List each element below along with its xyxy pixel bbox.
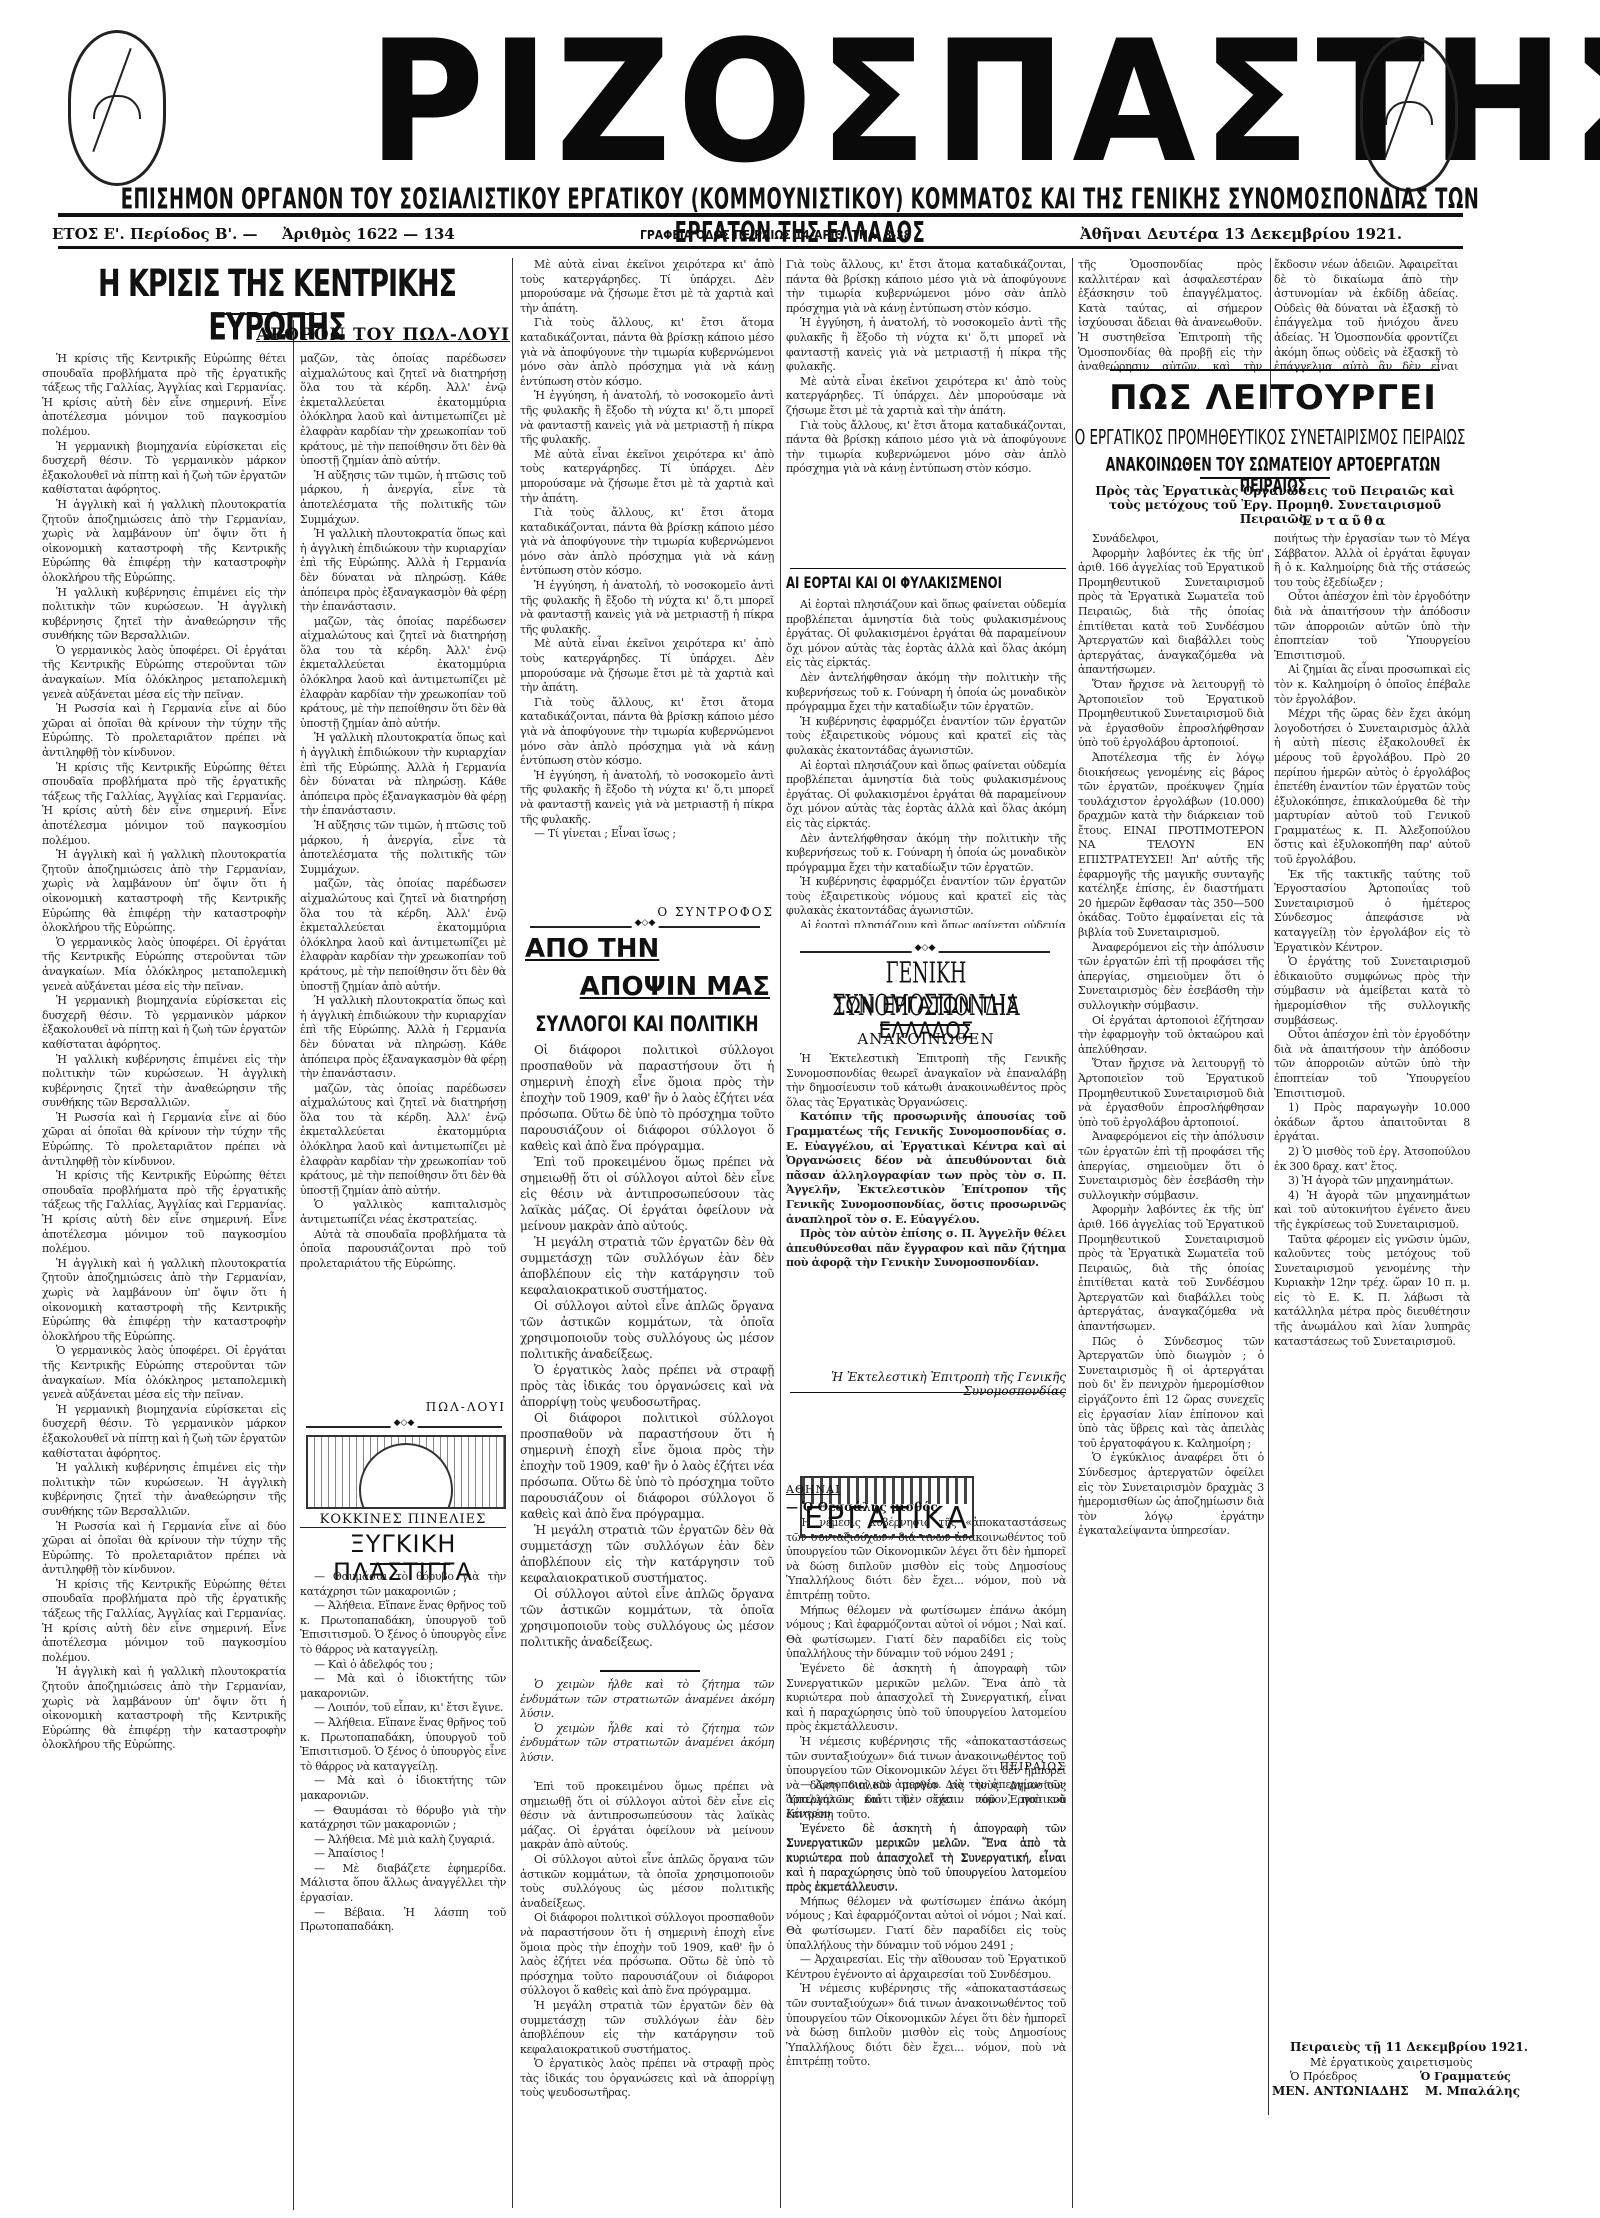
paragraph: Ἡ γαλλικὴ πλουτοκρατία ὅπως καὶ ἡ ἀγγλικ… [300, 994, 506, 1082]
opinion-headline-line2: ΑΠΟΨΙΝ ΜΑΣ [520, 972, 770, 1002]
paragraph: Ἡ γαλλικὴ κυβέρνησις ἐπιμένει εἰς τὴν πο… [42, 1461, 286, 1519]
federation-signature: Ἡ Ἐκτελεστικὴ Ἐπιτροπὴ τῆς Γενικῆς Συνομ… [786, 1370, 1074, 1398]
paragraph: Ὁ γαλλικὸς καπιταλισμὸς ἀντιμετωπίζει νέ… [300, 1198, 506, 1227]
cooperative-location: Ἐνταῦθα [1300, 514, 1388, 529]
issue-date: Ἀθῆναι Δευτέρα 13 Δεκεμβρίου 1921. [1080, 225, 1402, 243]
paragraph: Ἡ ἀγγλικὴ καὶ ἡ γαλλικὴ πλουτοκρατία ζητ… [42, 1665, 286, 1753]
paragraph: Κατόπιν τῆς προσωρινῆς ἀπουσίας τοῦ Γραμ… [786, 1110, 1066, 1227]
paragraph: Ἡ ἀγγλικὴ καὶ ἡ γαλλικὴ πλουτοκρατία ζητ… [42, 1257, 286, 1345]
paragraph: Ἡ Ἐκτελεστικὴ Ἐπιτροπὴ τῆς Γενικῆς Συνομ… [786, 1052, 1066, 1110]
cooperative-column-2: ποιήτως τὴν ἐργασίαν των τὸ Μέγα Σάββατο… [1274, 532, 1470, 2042]
paragraph: — Θαυμάσαι τὸ θόρυβο γιὰ τὴν κατάχρησι τ… [300, 1570, 506, 1599]
paragraph: Οἱ σύλλογοι αὐτοὶ εἶνε ἁπλῶς ὄργανα τῶν … [520, 1586, 774, 1650]
cooperative-headline: ΠΩΣ ΛΕΙΤΟΥΡΓΕΙ [1078, 378, 1468, 418]
newspaper-title: ΡΙΖΟΣΠΑΣΤΗΣ [368, 22, 1233, 182]
feasts-body: Αἱ ἑορταὶ πλησιάζουν καὶ ὅπως φαίνεται ο… [786, 598, 1066, 928]
federation-subheadline: ΑΝΑΚΟΙΝΩΘΕΝ [786, 1030, 1066, 1048]
paragraph: μαζῶν, τὰς ὁποίας παρέδωσεν αἰχμαλώτους … [300, 615, 506, 732]
paragraph: Ἡ κρίσις τῆς Κεντρικῆς Εὐρώπης θέτει σπο… [42, 352, 286, 440]
paragraph: Ἡ μεγάλη στρατιὰ τῶν ἐργατῶν δὲν θὰ συμμ… [520, 1522, 774, 1586]
paragraph: Αὐτὰ τὰ σπουδαῖα προβλήματα τὰ ὁποῖα παρ… [300, 1228, 506, 1272]
rising-sun-illustration [306, 1435, 506, 1509]
paragraph: — Ἀλήθεια. Μὲ μιὰ καλὴ ζυγαριά. [300, 1833, 506, 1848]
paragraph: Δὲν ἀντελήφθησαν ἀκόμη τὴν πολιτικὴν τῆς… [786, 671, 1066, 715]
paragraph: Ἐκ τῆς τακτικῆς ταύτης τοῦ Ἐργοστασίου Ἀ… [1274, 868, 1470, 956]
paragraph: Ἡ μεγάλη στρατιὰ τῶν ἐργατῶν δὲν θὰ συμμ… [520, 1234, 774, 1298]
paragraph: Ἀποτέλεσμα τῆς ἐν λόγῳ διοικήσεως γενομέ… [1078, 751, 1264, 941]
paragraph: Οὗτοι ἀπέσχον ἐπὶ τὸν ἐργοδότην διὰ νὰ ἀ… [1274, 1028, 1470, 1101]
paragraph: Ἡ γαλλικὴ κυβέρνησις ἐπιμένει εἰς τὴν πο… [42, 586, 286, 644]
president-label: Ὁ Πρόεδρος [1290, 2070, 1357, 2083]
headline-underline [370, 1563, 450, 1565]
paragraph: Γιὰ τοὺς ἄλλους, κι' ἔτσι ἄτομα καταδικά… [520, 696, 774, 769]
cooperative-column-1: Συνάδελφοι, Ἀφορμὴν λαβόντες ἐκ τῆς ὑπ' … [1078, 532, 1264, 2092]
pinelies-section-title: ΚΟΚΚΙΝΕΣ ΠΙΝΕΛΙΕΣ [300, 1512, 506, 1528]
rebel-article-body: Μὲ αὐτὰ εἶναι ἐκεῖνοι χειρότερα κι' ἀπὸ … [520, 258, 774, 898]
opinion-headline-line1: ΑΠΟ ΤΗΝ [525, 934, 659, 964]
ornament-divider [530, 926, 760, 928]
year-period: ΕΤΟΣ Ε'. Περίοδος Β'. — [52, 225, 258, 243]
paragraph: Ἡ γαλλικὴ πλουτοκρατία ὅπως καὶ ἡ ἀγγλικ… [300, 731, 506, 819]
opinion-note: Ὁ χειμὼν ἦλθε καὶ τὸ ζήτημα τῶν ἐνδυμάτω… [520, 1678, 774, 1778]
paragraph: — Μὲ διαβάζετε ἐφημερίδα. Μάλιστα ὅπου ἄ… [300, 1862, 506, 1906]
col3-continuation: Ἐπὶ τοῦ προκειμένου ὅμως πρέπει νὰ σημει… [520, 1780, 774, 2210]
paragraph: Συνάδελφοι, [1078, 532, 1264, 547]
paragraph: Ἡ Ρωσσία καὶ ἡ Γερμανία εἶνε αἱ δύο χῶρα… [42, 1111, 286, 1169]
paragraph: Ἡ ἐγγύηση, ἡ ἀνατολή, τὸ νοσοκομεῖο ἀντὶ… [520, 769, 774, 827]
paragraph: Πῶς ὁ Σύνδεσμος τῶν Ἀρτεργατῶν ὑπὸ διωγμ… [1078, 1335, 1264, 1452]
masthead-rule-bottom [58, 246, 1463, 249]
paragraph: — Θαυμάσαι τὸ θόρυβο γιὰ τὴν κατάχρησι τ… [300, 1804, 506, 1833]
paragraph: Μὲ αὐτὰ εἶναι ἐκεῖνοι χειρότερα κι' ἀπὸ … [520, 637, 774, 695]
secretary-name: Μ. Μπαλάλης [1425, 2084, 1520, 2098]
offices-address: ΓΡΑΦΕΙΑ ΟΔΟΣ ΠΕΙΡΑΙΩΣ 14-ΑΡΙΘ. ΤΗΛ. 8-38 [640, 228, 911, 242]
paragraph: Ἡ ἐγγύηση, ἡ ἀνατολή, τὸ νοσοκομεῖο ἀντὶ… [520, 579, 774, 637]
paragraph: Ὁ γερμανικὸς λαὸς ὑποφέρει. Οἱ ἐργάται τ… [42, 936, 286, 994]
closing-greeting: Μὲ ἐργατικοὺς χαιρετισμοὺς [1310, 2056, 1472, 2069]
paragraph: 3) Ἡ ἀγορὰ τῶν μηχανημάτων. [1274, 1174, 1470, 1189]
paragraph: — Καὶ ὁ ἀδελφός του ; [300, 1658, 506, 1673]
paragraph: Ἐγένετο δὲ ἀσκητὴ ἡ ἀπογραφὴ τῶν Συνεργα… [786, 1662, 1066, 1735]
paragraph: Ἀναφερόμενοι εἰς τὴν ἀπόλυσιν τῶν ἐργατῶ… [1078, 1130, 1264, 1203]
paragraph: Ἡ νέμεσις κυβέρνησις τῆς «ἀποκαταστάσεως… [786, 1516, 1066, 1604]
column-divider [780, 258, 781, 2208]
opinion-subheadline: ΣΥΛΛΟΓΟΙ ΚΑΙ ΠΟΛΙΤΙΚΗ [520, 1012, 774, 1037]
paragraph: Ὁ ἐγκύκλιος ἀναφέρει ὅτι ὁ Σύνδεσμος ἀρτ… [1078, 1451, 1264, 1539]
paragraph: Γιὰ τοὺς ἄλλους, κι' ἔτσι ἄτομα καταδικά… [786, 258, 1066, 316]
president-name: ΜΕΝ. ΑΝΤΩΝΙΑΔΗΣ [1272, 2084, 1409, 2098]
paragraph: Ἡ κρίσις τῆς Κεντρικῆς Εὐρώπης θέτει σπο… [42, 1578, 286, 1666]
paragraph: Γιὰ τοὺς ἄλλους, κι' ἔτσι ἄτομα καταδικά… [520, 506, 774, 579]
section-divider [1110, 369, 1440, 371]
crisis-signature: ΠΩΛ-ΛΟΥΙ [300, 1400, 514, 1414]
paragraph: Ἡ γερμανικὴ βιομηχανία εὑρίσκεται εἰς δυ… [42, 994, 286, 1052]
cooperative-subheadline: Ο ΕΡΓΑΤΙΚΟΣ ΠΡΟΜΗΘΕΥΤΙΚΟΣ ΣΥΝΕΤΑΙΡΙΣΜΟΣ … [1070, 425, 1470, 449]
paragraph: — Λοιπόν, τοῦ εἶπαν, κι' ἔτσι ἔγινε. [300, 1701, 506, 1716]
paragraph: Ἀφορμὴν λαβόντες ἐκ τῆς ὑπ' ἀριθ. 166 ἀγ… [1078, 547, 1264, 678]
paragraph: Ἡ κυβέρνησις ἐφαρμόζει ἐναντίον τῶν ἐργα… [786, 715, 1066, 759]
paragraph: — Τί γίνεται ; Εἶναι ἴσως ; [520, 827, 774, 842]
paragraph: Ὁ ἐργατικὸς λαὸς πρέπει νὰ στραφῇ πρὸς τ… [520, 1362, 774, 1410]
ornament-divider [306, 1426, 502, 1428]
paragraph: 4) Ἡ ἀγορὰ τῶν μηχανημάτων καὶ τοῦ αὐτοκ… [1274, 1189, 1470, 1233]
paragraph: — Ἀλήθεια. Εἴπανε ἕνας θρῆνος τοῦ κ. Πρω… [300, 1599, 506, 1657]
athens-subsection: ΑΘΗΝΑΙ [786, 1483, 840, 1496]
pinelies-body: — Θαυμάσαι τὸ θόρυβο γιὰ τὴν κατάχρησι τ… [300, 1570, 506, 2210]
section-divider [790, 1392, 1066, 1393]
paragraph: Δὲν ἀντελήφθησαν ἀκόμη τὴν πολιτικὴν τῆς… [786, 832, 1066, 876]
headline-underline [1200, 477, 1330, 479]
section-divider [790, 568, 1066, 569]
feasts-headline: ΑΙ ΕΟΡΤΑΙ ΚΑΙ ΟΙ ΦΥΛΑΚΙΣΜΕΝΟΙ [786, 575, 1066, 593]
headline-underline [215, 313, 325, 315]
paragraph: Μὲ αὐτὰ εἶναι ἐκεῖνοι χειρότερα κι' ἀπὸ … [520, 448, 774, 506]
ergatika-item-title: — Ὁ Θεσσάλης μισθός [786, 1500, 938, 1514]
paragraph: Γιὰ τοὺς ἄλλους, κι' ἔτσι ἄτομα καταδικά… [786, 419, 1066, 477]
column-divider [1268, 555, 1269, 2115]
federation-body: Ἡ Ἐκτελεστικὴ Ἐπιτροπὴ τῆς Γενικῆς Συνομ… [786, 1052, 1066, 1382]
paragraph: Ὅταν ἤρχισε νὰ λειτουργῇ τὸ Ἀρτοποιεῖον … [1078, 678, 1264, 751]
cooperative-address: Πρὸς τὰς Ἐργατικὰς Ὀργανώσεις τοῦ Πειραι… [1082, 484, 1468, 526]
paragraph: Μὲ αὐτὰ εἶναι ἐκεῖνοι χειρότερα κι' ἀπὸ … [786, 375, 1066, 419]
paragraph: Αἱ ζημίαι ἂς εἶναι προσωπικαὶ εἰς τὸν κ.… [1274, 663, 1470, 707]
paragraph: Πρὸς τὸν αὐτὸν ἐπίσης σ. Π. Ἀγγελῆν θέλε… [786, 1227, 1066, 1271]
paragraph: — Μὰ καὶ ὁ ἰδιοκτήτης τῶν μακαρονιῶν. [300, 1774, 506, 1803]
paragraph: Ἐγένετο δὲ ἀσκητὴ ἡ ἀπογραφὴ τῶν Συνεργα… [786, 1822, 1066, 1895]
paragraph: Ἡ αὔξησις τῶν τιμῶν, ἡ πτῶσις τοῦ μάρκου… [300, 469, 506, 527]
paragraph: Ἡ κρίσις τῆς Κεντρικῆς Εὐρώπης θέτει σπο… [42, 1169, 286, 1257]
crisis-column-1: Ἡ κρίσις τῆς Κεντρικῆς Εὐρώπης θέτει σπο… [42, 352, 286, 2212]
paragraph: Ἡ ἀγγλικὴ καὶ ἡ γαλλικὴ πλουτοκρατία ζητ… [42, 848, 286, 936]
paragraph: Οἱ διάφοροι πολιτικοὶ σύλλογοι προσπαθοῦ… [520, 1911, 774, 1999]
paragraph: μαζῶν, τὰς ὁποίας παρέδωσεν αἰχμαλώτους … [300, 352, 506, 469]
paragraph: — Ἀλήθεια. Εἴπανε ἕνας θρῆνος τοῦ κ. Πρω… [300, 1716, 506, 1774]
crisis-column-2: μαζῶν, τὰς ὁποίας παρέδωσεν αἰχμαλώτους … [300, 352, 506, 1282]
paragraph: Αἱ ἑορταὶ πλησιάζουν καὶ ὅπως φαίνεται ο… [786, 759, 1066, 832]
paragraph: Ἡ ἀγγλικὴ καὶ ἡ γαλλικὴ πλουτοκρατία ζητ… [42, 498, 286, 586]
paragraph: Ἡ κυβέρνησις ἐφαρμόζει ἐναντίον τῶν ἐργα… [786, 875, 1066, 919]
paragraph: 2) Ὁ μισθὸς τοῦ ἐργ. Ἀτσοπούλου ἐκ 300 δ… [1274, 1145, 1470, 1174]
paragraph: Ἀναφερόμενοι εἰς τὴν ἀπόλυσιν τῶν ἐργατῶ… [1078, 941, 1264, 1014]
issue-number: Ἀριθμὸς 1622 — 134 [282, 225, 455, 243]
paragraph: Ἡ Ρωσσία καὶ ἡ Γερμανία εἶνε αἱ δύο χῶρα… [42, 702, 286, 760]
column-divider [293, 320, 294, 2210]
col4-top-continuation: Γιὰ τοὺς ἄλλους, κι' ἔτσι ἄτομα καταδικά… [786, 258, 1066, 558]
paragraph: Ἐπὶ τοῦ προκειμένου ὅμως πρέπει νὰ σημει… [520, 1154, 774, 1234]
crisis-byline: ΑΡΘΡΟΝ ΤΟΥ ΠΩΛ-ΛΟΥΙ [230, 325, 510, 345]
paragraph: ποιήτως τὴν ἐργασίαν των τὸ Μέγα Σάββατο… [1274, 532, 1470, 590]
paragraph: Ὁ ἐργατικὸς λαὸς πρέπει νὰ στραφῇ πρὸς τ… [520, 2057, 774, 2101]
paragraph: Ἡ γερμανικὴ βιομηχανία εὑρίσκεται εἰς δυ… [42, 1403, 286, 1461]
paragraph: — Ἀρχαιρεσίαι. Εἰς τὴν αἴθουσαν τοῦ Ἐργα… [786, 1953, 1066, 1982]
paragraph: Ἡ κρίσις τῆς Κεντρικῆς Εὐρώπης θέτει σπο… [42, 761, 286, 849]
paragraph: Μήπως θέλομεν νὰ φωτίσωμεν ἐπάνω ἀκόμη ν… [786, 1895, 1066, 1953]
paragraph: Μὲ αὐτὰ εἶναι ἐκεῖνοι χειρότερα κι' ἀπὸ … [520, 258, 774, 316]
party-emblem-left-icon [68, 30, 166, 186]
closing-place-date: Πειραιεὺς τῇ 11 Δεκεμβρίου 1921. [1290, 2040, 1528, 2054]
paragraph: 1) Πρὸς παραγωγὴν 10.000 ὀκάδων ἄρτου ἀπ… [1274, 1101, 1470, 1145]
paragraph: Οἱ διάφοροι πολιτικοὶ σύλλογοι προσπαθοῦ… [520, 1042, 774, 1154]
paragraph: Γιὰ τοὺς ἄλλους, κι' ἔτσι ἄτομα καταδικά… [520, 316, 774, 389]
secretary-label: Ὁ Γραμματεύς [1420, 2070, 1511, 2083]
paragraph: Ἡ αὔξησις τῶν τιμῶν, ἡ πτῶσις τοῦ μάρκου… [300, 819, 506, 877]
paragraph: Ἡ Ρωσσία καὶ ἡ Γερμανία εἶνε αἱ δύο χῶρα… [42, 1520, 286, 1578]
paragraph: Ἐπὶ τοῦ προκειμένου ὅμως πρέπει νὰ σημει… [520, 1780, 774, 1853]
paragraph: Οἱ σύλλογοι αὐτοὶ εἶνε ἁπλῶς ὄργανα τῶν … [520, 1853, 774, 1911]
paragraph: Ἡ γερμανικὴ βιομηχανία εὑρίσκεται εἰς δυ… [42, 440, 286, 498]
paragraph: Οἱ ἐργάται ἀρτοποιοὶ ἐζήτησαν τὴν ἐφαρμο… [1078, 1014, 1264, 1058]
masthead-rule-top [58, 213, 1463, 217]
paragraph: Οὗτοι ἀπέσχον ἐπὶ τὸν ἐργοδότην διὰ νὰ ἀ… [1274, 590, 1470, 663]
paragraph: — Ἀπαίσιος ! [300, 1847, 506, 1862]
paragraph: Ἀφορμὴν λαβόντες ἐκ τῆς ὑπ' ἀριθ. 166 ἀγ… [1078, 1203, 1264, 1334]
paragraph: Αἱ ἑορταὶ πλησιάζουν καὶ ὅπως φαίνεται ο… [786, 598, 1066, 671]
paragraph: μαζῶν, τὰς ὁποίας παρέδωσεν αἰχμαλώτους … [300, 877, 506, 994]
rebel-signature: Ο ΣΥΝΤΡΟΦΟΣ [520, 905, 782, 919]
paragraph: Ὁ ἐργάτης τοῦ Συνεταιρισμοῦ ἐδικαιοῦτο σ… [1274, 955, 1470, 1028]
paragraph: Ταῦτα φέρομεν εἰς γνῶσιν ὑμῶν, καλοῦντες… [1274, 1233, 1470, 1350]
paragraph: Ἡ ἐγγύηση, ἡ ἀνατολή, τὸ νοσοκομεῖο ἀντὶ… [786, 316, 1066, 374]
headline-underline [880, 1024, 970, 1026]
paragraph: Μέχρι τῆς ὥρας δὲν ἔχει ἀκόμη λογοδοτήσε… [1274, 707, 1470, 868]
paragraph: Αἱ ἑορταὶ πλησιάζουν καὶ ὅπως φαίνεται ο… [786, 919, 1066, 928]
paragraph: Ἡ μεγάλη στρατιὰ τῶν ἐργατῶν δὲν θὰ συμμ… [520, 1999, 774, 2057]
opinion-body: Οἱ διάφοροι πολιτικοὶ σύλλογοι προσπαθοῦ… [520, 1042, 774, 1662]
paragraph: Ἡ νέμεσις κυβέρνησις τῆς «ἀποκαταστάσεως… [786, 1982, 1066, 2070]
paragraph: Ὁ χειμὼν ἦλθε καὶ τὸ ζήτημα τῶν ἐνδυμάτω… [520, 1722, 774, 1766]
paragraph: Οἱ σύλλογοι αὐτοὶ εἶνε ἁπλῶς ὄργανα τῶν … [520, 1298, 774, 1362]
paragraph: — Ἀρτοποιοὶ καὶ ἀπεργία. Διὰ τὴν ἀπεργία… [786, 1778, 1066, 1822]
paragraph: Ἡ γαλλικὴ κυβέρνησις ἐπιμένει εἰς τὴν πο… [42, 1053, 286, 1111]
paragraph: Μήπως θέλομεν νὰ φωτίσωμεν ἐπάνω ἀκόμη ν… [786, 1604, 1066, 1662]
paragraph: — Βέβαια. Ἡ λάσπη τοῦ Πρωτοπαπαδάκη. [300, 1906, 506, 1935]
paragraph: Ἡ ἐγγύηση, ἡ ἀνατολή, τὸ νοσοκομεῖο ἀντὶ… [520, 389, 774, 447]
section-divider [600, 1670, 700, 1672]
piraeus-subsection: ΠΕΙΡΑΙΩΣ [786, 1760, 1066, 1773]
paragraph: μαζῶν, τὰς ὁποίας παρέδωσεν αἰχμαλώτους … [300, 1082, 506, 1199]
paragraph: Ὁ γερμανικὸς λαὸς ὑποφέρει. Οἱ ἐργάται τ… [42, 1344, 286, 1402]
paragraph: — Μὰ καὶ ὁ ἰδιοκτήτης τῶν μακαρονιῶν. [300, 1672, 506, 1701]
paragraph: Οἱ διάφοροι πολιτικοὶ σύλλογοι προσπαθοῦ… [520, 1410, 774, 1522]
paragraph: Ἡ γαλλικὴ πλουτοκρατία ὅπως καὶ ἡ ἀγγλικ… [300, 527, 506, 615]
paragraph: Ὅταν ἤρχισε νὰ λειτουργῇ τὸ Ἀρτοποιεῖον … [1078, 1057, 1264, 1130]
piraeus-items: — Ἀρτοποιοὶ καὶ ἀπεργία. Διὰ τὴν ἀπεργία… [786, 1778, 1066, 2210]
column-divider [512, 258, 513, 2208]
paragraph: Ὁ χειμὼν ἦλθε καὶ τὸ ζήτημα τῶν ἐνδυμάτω… [520, 1678, 774, 1722]
column-divider [1072, 258, 1073, 2208]
party-emblem-right-icon [1360, 36, 1458, 192]
ornament-divider [800, 951, 1050, 953]
paragraph: Ὁ γερμανικὸς λαὸς ὑποφέρει. Οἱ ἐργάται τ… [42, 644, 286, 702]
